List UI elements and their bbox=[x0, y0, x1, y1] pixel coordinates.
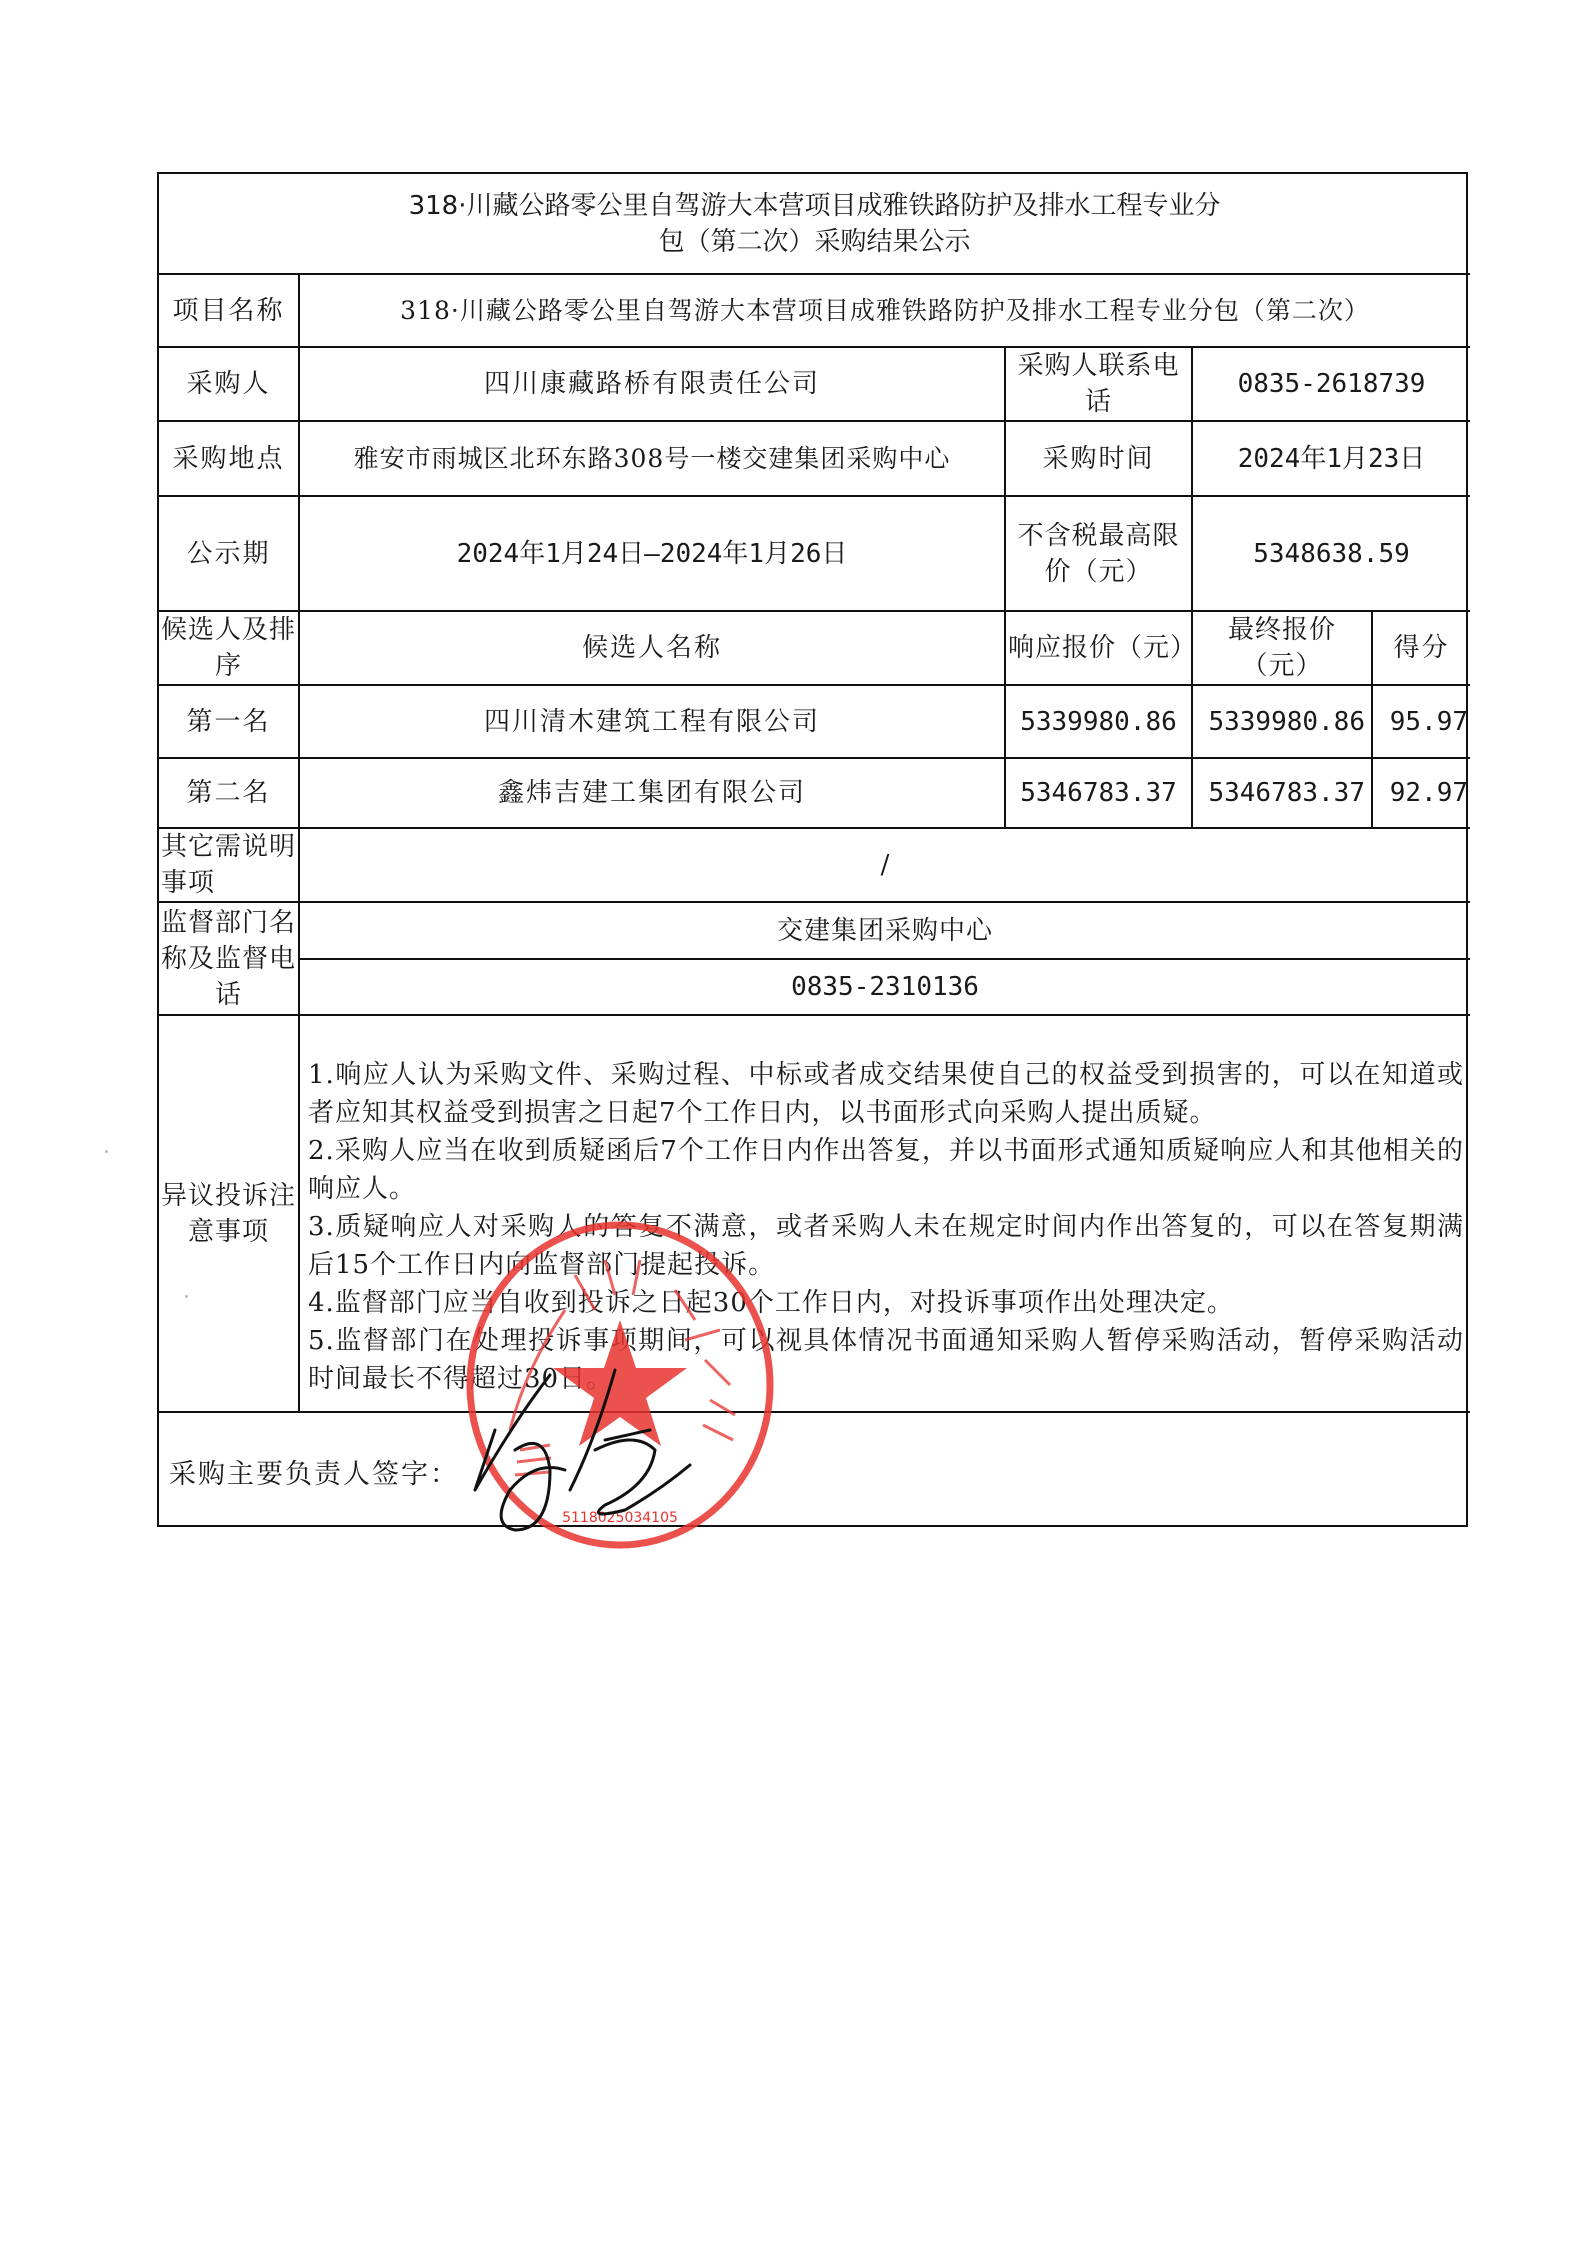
project-name-value: 318·川藏公路零公里自驾游大本营项目成雅铁路防护及排水工程专业分包（第二次） bbox=[299, 274, 1470, 347]
candidate-rank: 第一名 bbox=[159, 685, 299, 758]
candidate-response-price: 5346783.37 bbox=[1005, 758, 1192, 828]
supervision-phone: 0835-2310136 bbox=[299, 959, 1470, 1015]
purchaser-label: 采购人 bbox=[159, 347, 299, 421]
row-signature: 采购主要负责人签字： bbox=[159, 1412, 1470, 1525]
title-line-2: 包（第二次）采购结果公示 bbox=[169, 224, 1460, 260]
page-title: 318·川藏公路零公里自驾游大本营项目成雅铁路防护及排水工程专业分 包（第二次）… bbox=[159, 174, 1470, 274]
row-other-notes: 其它需说明事项 / bbox=[159, 828, 1470, 902]
note-item: 1.响应人认为采购文件、采购过程、中标或者成交结果使自己的权益受到损害的，可以在… bbox=[308, 1056, 1464, 1132]
note-item: 4.监督部门应当自收到投诉之日起30个工作日内，对投诉事项作出处理决定。 bbox=[308, 1284, 1464, 1322]
scan-speck bbox=[105, 1150, 108, 1153]
candidate-response-price: 5339980.86 bbox=[1005, 685, 1192, 758]
note-item: 2.采购人应当在收到质疑函后7个工作日内作出答复，并以书面形式通知质疑响应人和其… bbox=[308, 1132, 1464, 1208]
candidate-rank: 第二名 bbox=[159, 758, 299, 828]
supervision-department: 交建集团采购中心 bbox=[299, 902, 1470, 959]
row-supervision-phone: 0835-2310136 bbox=[159, 959, 1470, 1015]
purchaser-value: 四川康藏路桥有限责任公司 bbox=[299, 347, 1005, 421]
document-page: 318·川藏公路零公里自驾游大本营项目成雅铁路防护及排水工程专业分 包（第二次）… bbox=[0, 0, 1587, 2244]
note-item: 3.质疑响应人对采购人的答复不满意，或者采购人未在规定时间内作出答复的，可以在答… bbox=[308, 1208, 1464, 1284]
table-row: 第一名 四川清木建筑工程有限公司 5339980.86 5339980.86 9… bbox=[159, 685, 1470, 758]
purchase-time-label: 采购时间 bbox=[1005, 421, 1192, 496]
row-objection: 异议投诉注意事项 1.响应人认为采购文件、采购过程、中标或者成交结果使自己的权益… bbox=[159, 1015, 1470, 1412]
candidate-final-price: 5346783.37 bbox=[1192, 758, 1372, 828]
objection-notes: 1.响应人认为采购文件、采购过程、中标或者成交结果使自己的权益受到损害的，可以在… bbox=[299, 1015, 1470, 1412]
candidate-name: 四川清木建筑工程有限公司 bbox=[299, 685, 1005, 758]
signature-label: 采购主要负责人签字： bbox=[169, 1459, 459, 1490]
row-purchaser: 采购人 四川康藏路桥有限责任公司 采购人联系电话 0835-2618739 bbox=[159, 347, 1470, 421]
row-project-name: 项目名称 318·川藏公路零公里自驾游大本营项目成雅铁路防护及排水工程专业分包（… bbox=[159, 274, 1470, 347]
row-location: 采购地点 雅安市雨城区北环东路308号一楼交建集团采购中心 采购时间 2024年… bbox=[159, 421, 1470, 496]
candidate-name: 鑫炜吉建工集团有限公司 bbox=[299, 758, 1005, 828]
signature-cell: 采购主要负责人签字： bbox=[159, 1412, 1470, 1525]
publicity-label: 公示期 bbox=[159, 496, 299, 611]
objection-label: 异议投诉注意事项 bbox=[159, 1015, 299, 1412]
max-price-value: 5348638.59 bbox=[1192, 496, 1470, 611]
supervision-label: 监督部门名称及监督电话 bbox=[159, 902, 299, 1015]
max-price-label: 不含税最高限价（元） bbox=[1005, 496, 1192, 611]
header-final-price: 最终报价（元） bbox=[1192, 611, 1372, 685]
candidate-score: 95.97 bbox=[1372, 685, 1470, 758]
header-response-price: 响应报价（元） bbox=[1005, 611, 1192, 685]
other-notes-label: 其它需说明事项 bbox=[159, 828, 299, 902]
table-row: 第二名 鑫炜吉建工集团有限公司 5346783.37 5346783.37 92… bbox=[159, 758, 1470, 828]
publicity-value: 2024年1月24日—2024年1月26日 bbox=[299, 496, 1005, 611]
announcement-table: 318·川藏公路零公里自驾游大本营项目成雅铁路防护及排水工程专业分 包（第二次）… bbox=[157, 172, 1468, 1527]
purchaser-phone-value: 0835-2618739 bbox=[1192, 347, 1470, 421]
candidate-score: 92.97 bbox=[1372, 758, 1470, 828]
purchase-time-value: 2024年1月23日 bbox=[1192, 421, 1470, 496]
candidates-header-row: 候选人及排序 候选人名称 响应报价（元） 最终报价（元） 得分 bbox=[159, 611, 1470, 685]
other-notes-value: / bbox=[299, 828, 1470, 902]
purchaser-phone-label: 采购人联系电话 bbox=[1005, 347, 1192, 421]
title-line-1: 318·川藏公路零公里自驾游大本营项目成雅铁路防护及排水工程专业分 bbox=[169, 188, 1460, 224]
candidate-final-price: 5339980.86 bbox=[1192, 685, 1372, 758]
note-item: 5.监督部门在处理投诉事项期间，可以视具体情况书面通知采购人暂停采购活动，暂停采… bbox=[308, 1322, 1464, 1398]
header-score: 得分 bbox=[1372, 611, 1470, 685]
row-supervision-name: 监督部门名称及监督电话 交建集团采购中心 bbox=[159, 902, 1470, 959]
header-rank: 候选人及排序 bbox=[159, 611, 299, 685]
project-name-label: 项目名称 bbox=[159, 274, 299, 347]
scan-speck bbox=[185, 1295, 188, 1298]
header-candidate-name: 候选人名称 bbox=[299, 611, 1005, 685]
location-value: 雅安市雨城区北环东路308号一楼交建集团采购中心 bbox=[299, 421, 1005, 496]
row-publicity: 公示期 2024年1月24日—2024年1月26日 不含税最高限价（元） 534… bbox=[159, 496, 1470, 611]
location-label: 采购地点 bbox=[159, 421, 299, 496]
